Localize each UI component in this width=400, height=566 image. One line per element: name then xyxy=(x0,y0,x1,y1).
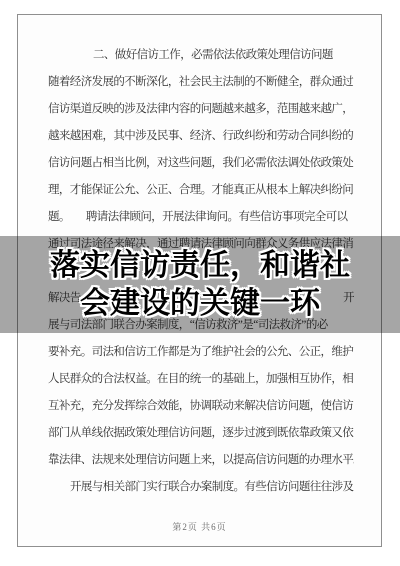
document-line: 人民群众的合法权益。在目的统一的基础上，加强相互协作，相 xyxy=(48,366,354,393)
document-line: 二、做好信访工作，必需依法依政策处理信访问题 xyxy=(48,42,354,69)
document-line: 越来越困难，其中涉及民事、经济、行政纠纷和劳动合同纠纷的 xyxy=(48,123,354,150)
page-number: 第2页 共6页 xyxy=(18,520,381,533)
headline-text-line2: 会建设的关键一环 xyxy=(80,285,320,323)
document-line: 题。 聘请法律顾问，开展法律询问。有些信访事项完全可以 xyxy=(48,204,354,231)
document-line: 互补充，充分发挥综合效能，协调联动来解决信访问题，使信访 xyxy=(48,393,354,420)
document-line: 部门从单线依据政策处理信访问题，逐步过渡到既依靠政策又依 xyxy=(48,420,354,447)
document-line: 理，才能保证公允、公正、合理。才能真正从根本上解决纠纷问 xyxy=(48,177,354,204)
document-line: 信访渠道反映的涉及法律内容的问题越来越多，范围越来越广， xyxy=(48,96,354,123)
document-line: 开展与相关部门实行联合办案制度。有些信访问题往往涉及 xyxy=(48,474,354,501)
screenshot-root: { "page": { "lines": [ {"text": "二、做好信访工… xyxy=(0,0,400,566)
document-line: 靠法律、法规来处理信访问题上来，以提高信访问题的办理水平。 xyxy=(48,447,354,474)
headline-text-line1: 落实信访责任，和谐社 xyxy=(50,247,350,285)
headline-overlay: 落实信访责任，和谐社 会建设的关键一环 xyxy=(0,236,400,333)
document-line: 要补充。司法和信访工作都是为了维护社会的公允、公正，维护 xyxy=(48,339,354,366)
document-line: 信访问题占相当比例，对这些问题，我们必需依法调处依政策处 xyxy=(48,150,354,177)
document-line: 随着经济发展的不断深化，社会民主法制的不断健全，群众通过 xyxy=(48,69,354,96)
